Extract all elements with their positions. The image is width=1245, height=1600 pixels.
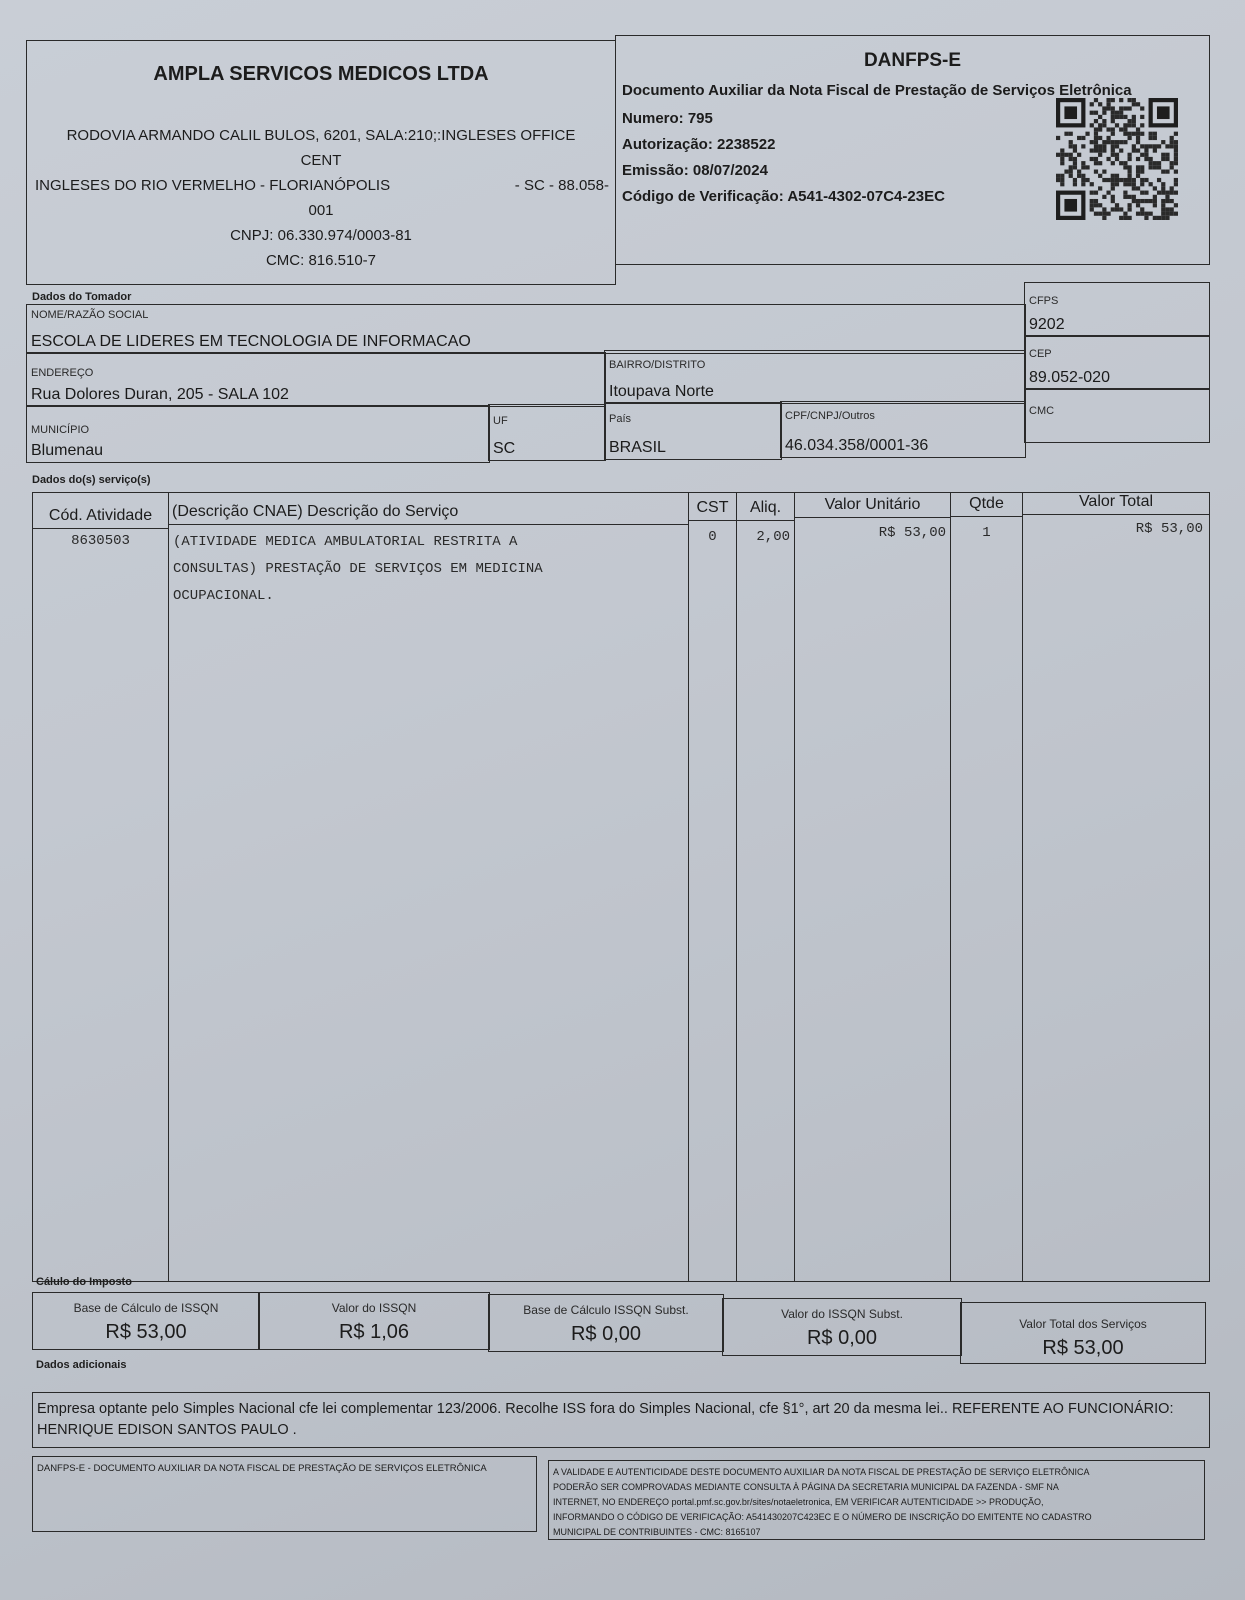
doc-value: 46.034.358/0001-36 [785, 437, 928, 455]
tax-value: R$ 53,00 [33, 1321, 259, 1344]
emitter-address-line: INGLESES DO RIO VERMELHO - FLORIANÓPOLIS… [33, 173, 609, 198]
footer-left: DANFPS-E - DOCUMENTO AUXILIAR DA NOTA FI… [32, 1456, 537, 1532]
header-valor-total: Valor Total [1023, 487, 1209, 515]
municipio-cell: MUNICÍPIO Blumenau [26, 405, 490, 463]
emitter-city: INGLESES DO RIO VERMELHO - FLORIANÓPOLIS [35, 173, 390, 198]
cep-label: CEP [1029, 348, 1052, 360]
bairro-label: BAIRRO/DISTRITO [609, 359, 705, 371]
qr-code-icon [1056, 98, 1178, 220]
adicionais-section-label: Dados adicionais [36, 1359, 126, 1371]
tax-valor-issqn: Valor do ISSQN R$ 1,06 [258, 1292, 490, 1350]
header-valor-unitario: Valor Unitário [795, 490, 950, 518]
tax-valor-total: Valor Total dos Serviços R$ 53,00 [960, 1302, 1206, 1364]
col-valor-unitario: Valor Unitário R$ 53,00 [795, 493, 951, 1281]
row-valor-unitario: R$ 53,00 [879, 525, 946, 541]
invoice-number: Numero: 795 [622, 110, 713, 127]
header-cst: CST [689, 493, 736, 521]
col-aliq: Aliq. 2,00 [737, 493, 795, 1281]
uf-cell: UF SC [488, 404, 606, 461]
name-label: NOME/RAZÃO SOCIAL [31, 309, 148, 321]
municipio-value: Blumenau [31, 442, 103, 460]
authorization: Autorização: 2238522 [622, 136, 775, 153]
municipio-label: MUNICÍPIO [31, 424, 89, 436]
col-qtde: Qtde 1 [951, 493, 1023, 1281]
emitter-state-cep: - SC - 88.058- [515, 173, 609, 198]
emitter-box: AMPLA SERVICOS MEDICOS LTDA RODOVIA ARMA… [26, 40, 616, 285]
emitter-cmc: CMC: 816.510-7 [33, 248, 609, 273]
footer-right-line: INFORMANDO O CÓDIGO DE VERIFICAÇÃO: A541… [553, 1510, 1200, 1525]
tax-value: R$ 1,06 [259, 1321, 489, 1344]
footer-right: A VALIDADE E AUTENTICIDADE DESTE DOCUMEN… [548, 1460, 1205, 1540]
tomador-section-label: Dados do Tomador [32, 291, 131, 303]
additional-info-line: Empresa optante pelo Simples Nacional cf… [37, 1399, 1205, 1420]
footer-right-line: A VALIDADE E AUTENTICIDADE DESTE DOCUMEN… [553, 1465, 1200, 1480]
cfps-cell: CFPS 9202 [1024, 282, 1210, 337]
footer-right-line: MUNICIPAL DE CONTRIBUINTES - CMC: 816510… [553, 1525, 1200, 1540]
tax-value: R$ 0,00 [723, 1327, 961, 1350]
tax-base-subst: Base de Cálculo ISSQN Subst. R$ 0,00 [488, 1294, 724, 1352]
uf-label: UF [493, 415, 508, 427]
emitter-address-line: CENT [33, 148, 609, 173]
tax-value: R$ 0,00 [489, 1323, 723, 1346]
row-cst: 0 [689, 529, 736, 545]
header-qtde: Qtde [951, 489, 1022, 517]
endereco-value: Rua Dolores Duran, 205 - SALA 102 [31, 386, 289, 404]
danfps-title: DANFPS-E [616, 50, 1209, 72]
doc-label: CPF/CNPJ/Outros [785, 410, 875, 422]
pais-value: BRASIL [609, 439, 666, 457]
tax-label: Valor Total dos Serviços [961, 1317, 1205, 1331]
cfps-value: 9202 [1029, 316, 1065, 334]
endereco-label: ENDEREÇO [31, 367, 93, 379]
footer-left-text: DANFPS-E - DOCUMENTO AUXILIAR DA NOTA FI… [37, 1463, 487, 1474]
footer-right-line: INTERNET, NO ENDEREÇO portal.pmf.sc.gov.… [553, 1495, 1200, 1510]
descricao-line: OCUPACIONAL. [173, 583, 543, 610]
verification-code: Código de Verificação: A541-4302-07C4-23… [622, 188, 945, 205]
servicos-section-label: Dados do(s) serviço(s) [32, 474, 151, 486]
cmc-label: CMC [1029, 405, 1054, 417]
col-valor-total: Valor Total R$ 53,00 [1023, 493, 1209, 1281]
cep-value: 89.052-020 [1029, 369, 1110, 387]
additional-info: Empresa optante pelo Simples Nacional cf… [32, 1392, 1210, 1448]
header-descricao: (Descrição CNAE) Descrição do Serviço [169, 497, 688, 525]
tax-label: Base de Cálculo de ISSQN [33, 1301, 259, 1315]
tax-valor-subst: Valor do ISSQN Subst. R$ 0,00 [722, 1298, 962, 1356]
services-table: Cód. Atividade 8630503 (Descrição CNAE) … [32, 492, 1210, 1282]
doc-cell: CPF/CNPJ/Outros 46.034.358/0001-36 [780, 401, 1026, 458]
pais-label: País [609, 413, 631, 425]
descricao-line: CONSULTAS) PRESTAÇÃO DE SERVIÇOS EM MEDI… [173, 556, 543, 583]
emitter-address-line: 001 [33, 198, 609, 223]
cmc-cell: CMC [1024, 388, 1210, 443]
emitter-cnpj: CNPJ: 06.330.974/0003-81 [33, 223, 609, 248]
emitter-address-line: RODOVIA ARMANDO CALIL BULOS, 6201, SALA:… [33, 123, 609, 148]
row-aliq: 2,00 [756, 529, 790, 545]
tax-label: Base de Cálculo ISSQN Subst. [489, 1303, 723, 1317]
danfps-box: DANFPS-E Documento Auxiliar da Nota Fisc… [615, 35, 1210, 265]
col-cst: CST 0 [689, 493, 737, 1281]
uf-value: SC [493, 440, 515, 458]
tax-label: Valor do ISSQN Subst. [723, 1307, 961, 1321]
header-aliq: Aliq. [737, 493, 794, 521]
tax-label: Valor do ISSQN [259, 1301, 489, 1315]
issue-date: Emissão: 08/07/2024 [622, 162, 768, 179]
descricao-line: (ATIVIDADE MEDICA AMBULATORIAL RESTRITA … [173, 529, 543, 556]
header-codigo: Cód. Atividade [33, 501, 168, 529]
tax-value: R$ 53,00 [961, 1337, 1205, 1360]
imposto-section-label: Cálulo do Imposto [36, 1276, 132, 1288]
tax-base-issqn: Base de Cálculo de ISSQN R$ 53,00 [32, 1292, 260, 1350]
cfps-label: CFPS [1029, 295, 1058, 307]
row-valor-total: R$ 53,00 [1136, 521, 1203, 537]
endereco-cell: ENDEREÇO Rua Dolores Duran, 205 - SALA 1… [26, 352, 606, 407]
emitter-address: RODOVIA ARMANDO CALIL BULOS, 6201, SALA:… [33, 123, 609, 273]
col-codigo: Cód. Atividade 8630503 [33, 493, 169, 1281]
additional-info-line: HENRIQUE EDISON SANTOS PAULO . [37, 1420, 1205, 1441]
col-descricao: (Descrição CNAE) Descrição do Serviço (A… [169, 493, 689, 1281]
emitter-name: AMPLA SERVICOS MEDICOS LTDA [27, 63, 615, 86]
row-descricao: (ATIVIDADE MEDICA AMBULATORIAL RESTRITA … [173, 529, 543, 610]
tomador-name-cell: NOME/RAZÃO SOCIAL ESCOLA DE LIDERES EM T… [26, 304, 1026, 354]
bairro-value: Itoupava Norte [609, 383, 714, 401]
footer-right-line: PODERÃO SER COMPROVADAS MEDIANTE CONSULT… [553, 1480, 1200, 1495]
bairro-cell: BAIRRO/DISTRITO Itoupava Norte [604, 350, 1026, 404]
pais-cell: País BRASIL [604, 402, 782, 460]
row-qtde: 1 [951, 525, 1022, 541]
danfps-subtitle: Documento Auxiliar da Nota Fiscal de Pre… [622, 82, 1132, 99]
row-codigo: 8630503 [33, 533, 168, 549]
tomador-name: ESCOLA DE LIDERES EM TECNOLOGIA DE INFOR… [31, 333, 471, 351]
cep-cell: CEP 89.052-020 [1024, 335, 1210, 390]
